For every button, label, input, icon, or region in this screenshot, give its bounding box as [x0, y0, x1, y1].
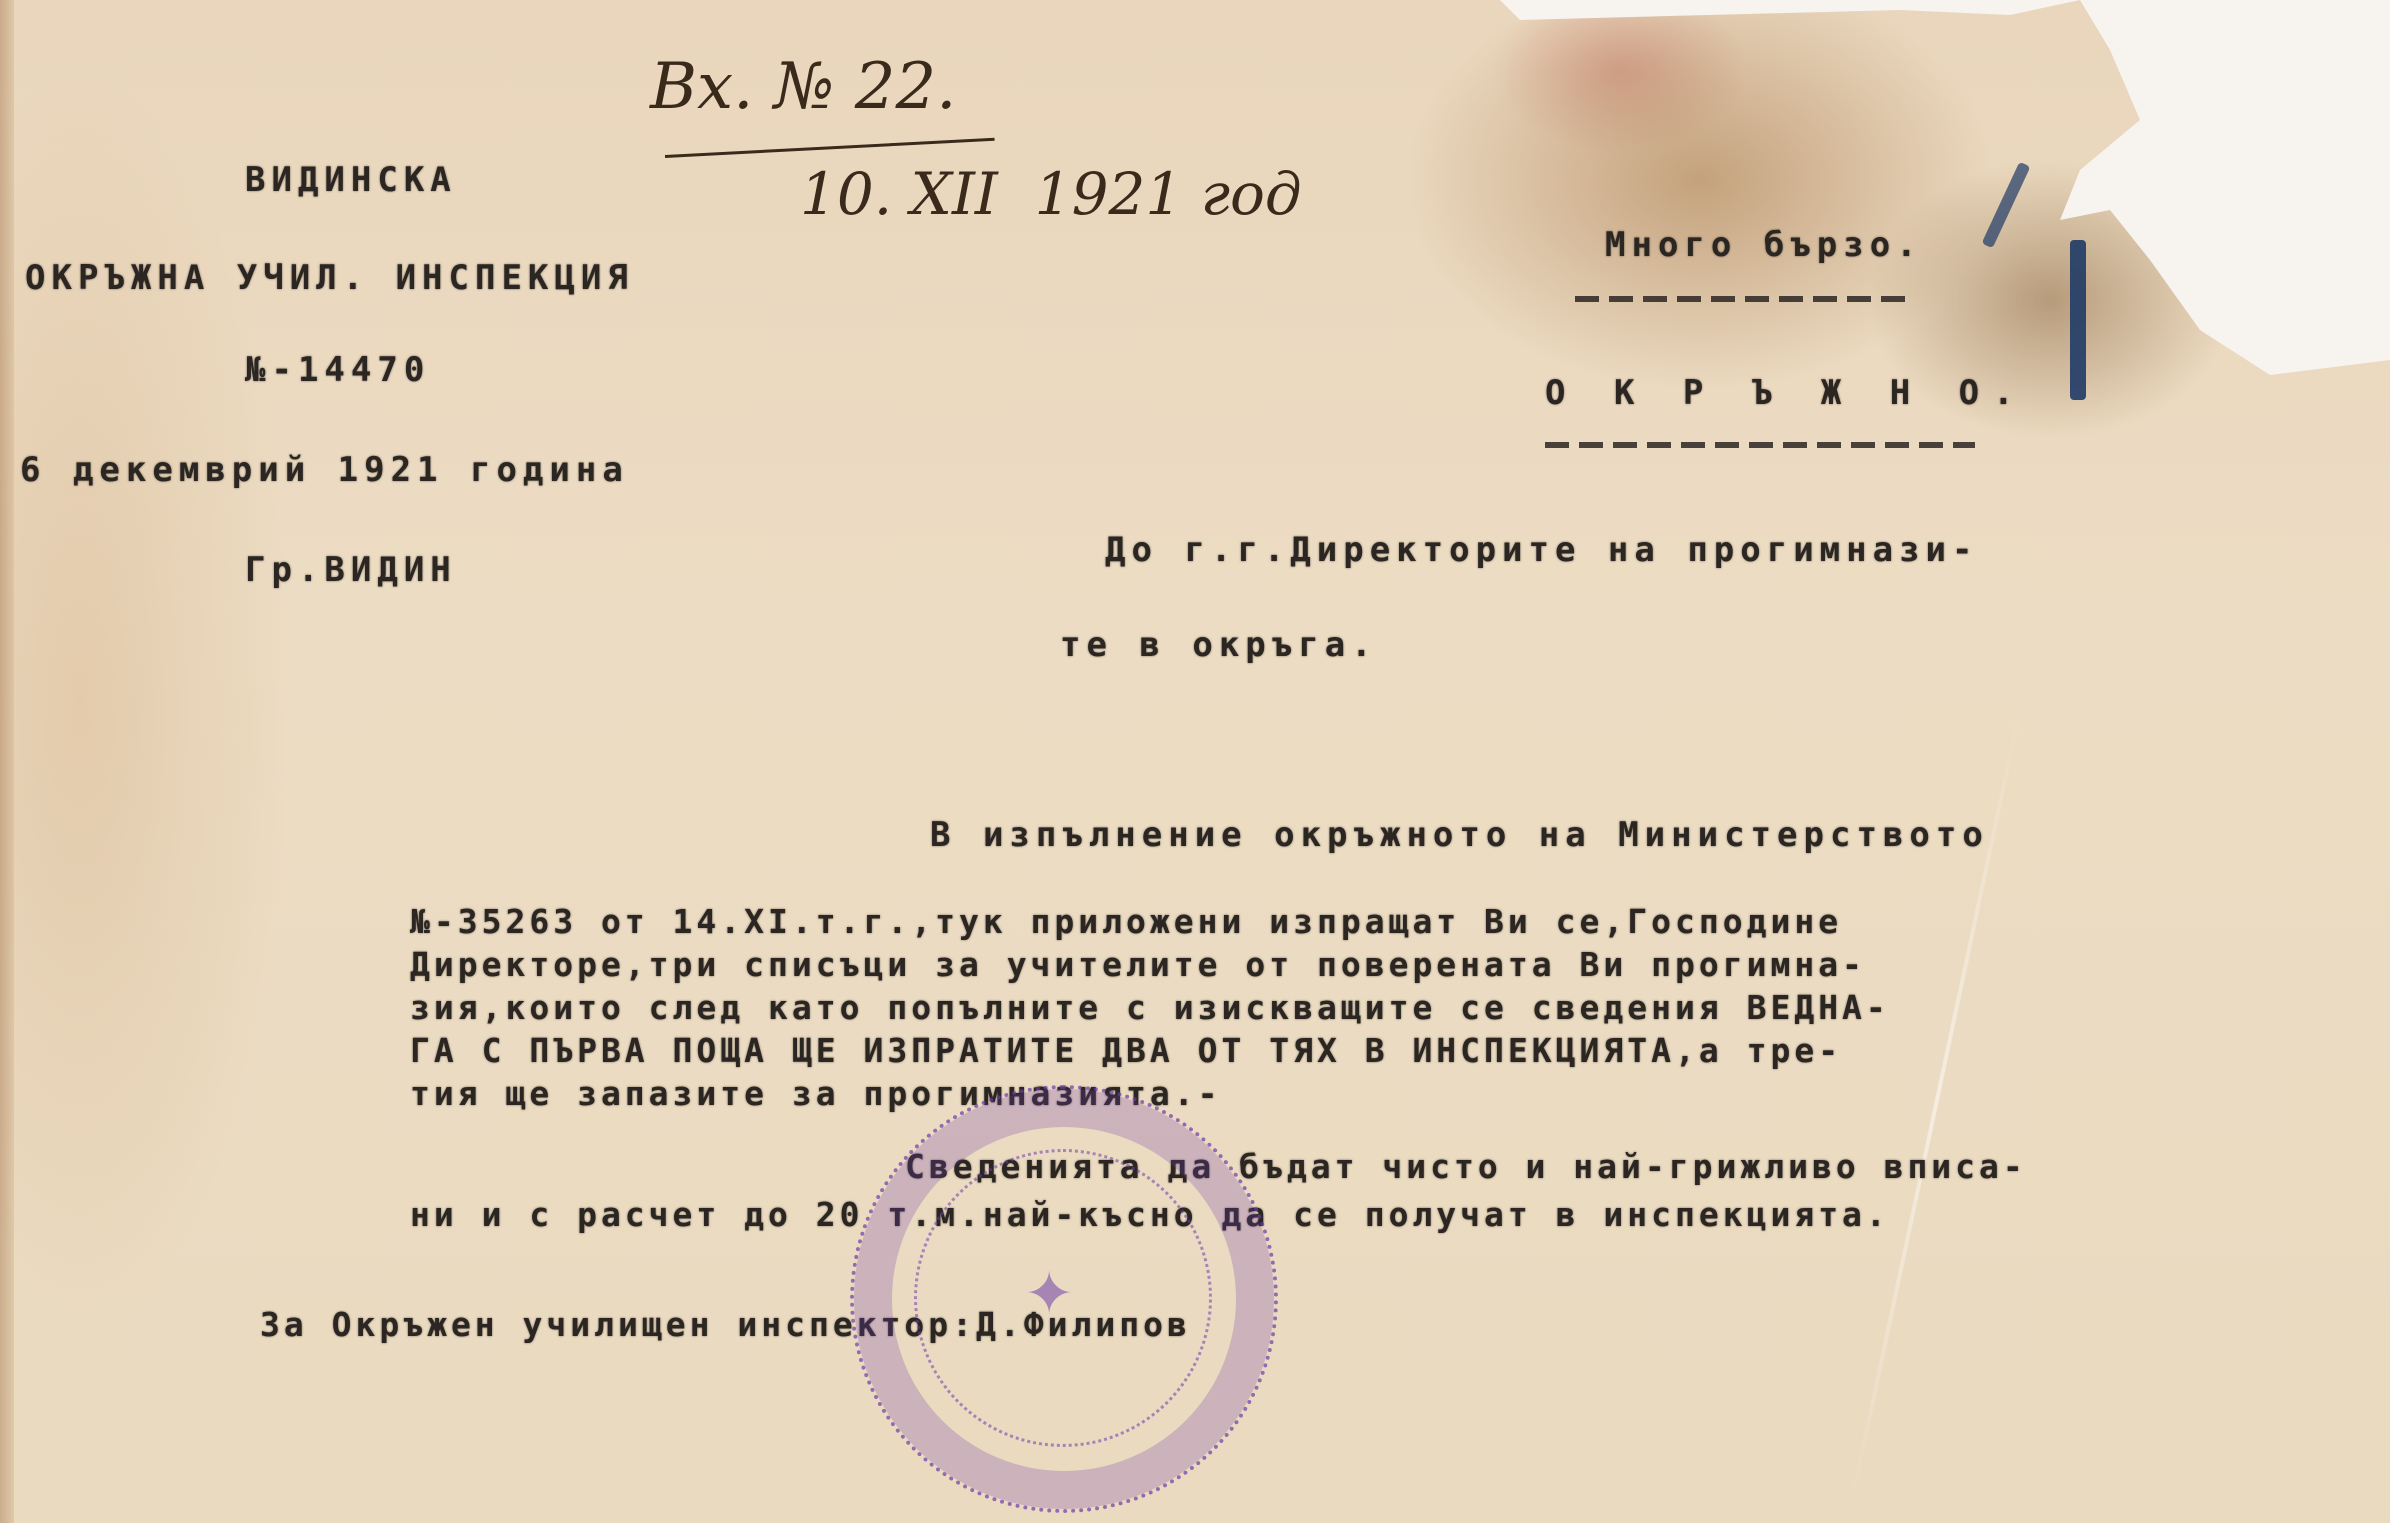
issuer-line-1: ВИДИНСКА: [245, 160, 457, 200]
urgency-underline: [1575, 296, 1915, 302]
addressee-line-1: До г.г.Директорите на прогимнази-: [1105, 530, 1979, 570]
body-line-2: №-35263 от 14.XI.т.г.,тук приложени изпр…: [410, 902, 1842, 941]
stamp-emblem-icon: ✦: [1024, 1259, 1074, 1329]
issue-date: 6 декемврий 1921 година: [20, 450, 629, 490]
outgoing-number: №-14470: [245, 350, 430, 390]
urgency-note: Много бързо.: [1605, 225, 1923, 265]
issue-city: Гр.ВИДИН: [245, 550, 457, 590]
handwritten-date: 10. XII 1921 год: [800, 160, 1302, 228]
document-type-underline: [1545, 442, 1975, 448]
issuer-line-2: ОКРЪЖНА УЧИЛ. ИНСПЕКЦИЯ: [25, 258, 634, 298]
blue-pencil-mark: [2070, 240, 2086, 400]
body-line-1: В изпълнение окръжното на Министерството: [930, 815, 1989, 855]
document-type: О К Р Ъ Ж Н О.: [1545, 373, 2028, 413]
handwritten-registry-number: Вх. № 22.: [650, 50, 957, 124]
body-line-4: зия,които след като попълните с изискващ…: [410, 988, 1890, 1027]
body-line-5: ГА С ПЪРВА ПОЩА ЩЕ ИЗПРАТИТЕ ДВА ОТ ТЯХ …: [410, 1031, 1842, 1070]
addressee-line-2: те в окръга.: [1060, 625, 1378, 665]
official-stamp: ✦: [850, 1085, 1278, 1513]
left-fold-edge: [0, 0, 14, 1523]
body-line-3: Директоре,три списъци за учителите от по…: [410, 945, 1866, 984]
